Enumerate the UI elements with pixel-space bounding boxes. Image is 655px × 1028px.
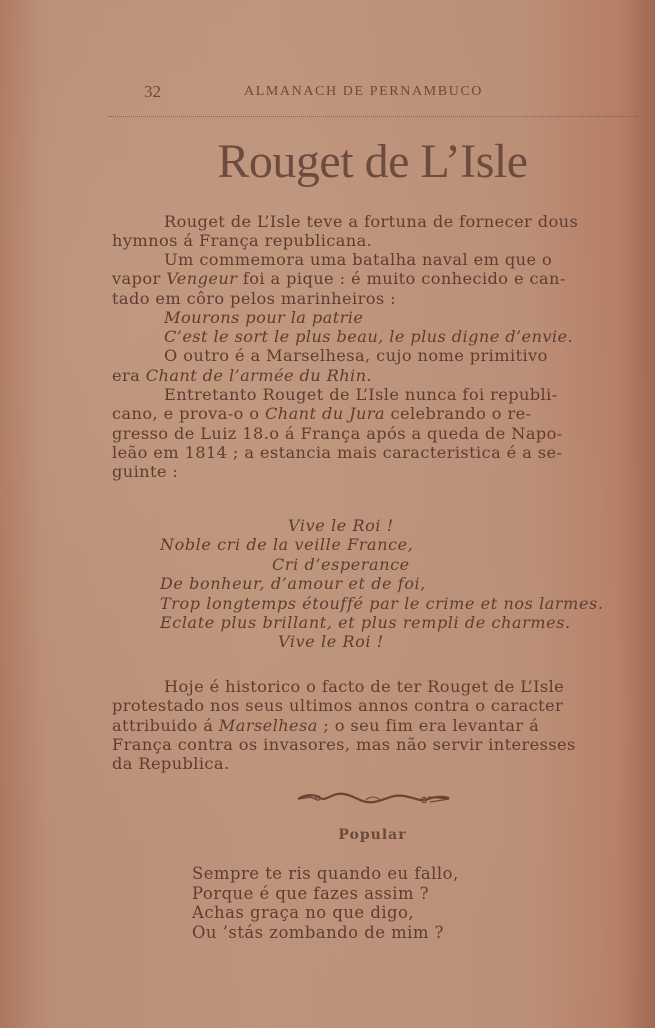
text-line: attribuido á Marselhesa ; o seu fim era … <box>112 716 640 735</box>
text-span: . <box>366 366 372 385</box>
text-line: da Republica. <box>112 754 640 773</box>
italic-song-title: Chant de l’armée du Rhin <box>146 366 367 385</box>
text-line: era Chant de l’armée du Rhin. <box>112 366 640 385</box>
paragraph-3: Entretanto Rouget de L’Isle nunca foi re… <box>112 385 640 481</box>
text-line: O outro é a Marselhesa, cujo nome primit… <box>112 346 640 365</box>
section-heading: Popular <box>0 827 655 843</box>
text-line: protestado nos seus ultimos annos contra… <box>112 696 640 715</box>
verse-line: Porque é que fazes assim ? <box>192 884 459 904</box>
verse-line: Ou ’stás zombando de mim ? <box>192 923 459 943</box>
text-line: Rouget de L’Isle teve a fortuna de forne… <box>112 212 640 231</box>
page-number: 32 <box>144 82 161 102</box>
ornamental-flourish-icon <box>296 788 451 810</box>
text-line: França contra os invasores, mas não serv… <box>112 735 640 754</box>
text-span: vapor <box>112 269 166 288</box>
text-line: tado em côro pelos marinheiros : <box>112 289 640 308</box>
text-line: Hoje é historico o facto de ter Rouget d… <box>112 677 640 696</box>
text-line: Entretanto Rouget de L’Isle nunca foi re… <box>112 385 640 404</box>
text-span: ; o seu fim era levantar á <box>318 716 539 735</box>
verse-line: Cri d’esperance <box>160 555 604 574</box>
scanned-page: 32 ALMANACH DE PERNAMBUCO Rouget de L’Is… <box>0 0 655 1028</box>
text-line: cano, e prova-o o Chant du Jura celebran… <box>112 404 640 423</box>
verse-line: Eclate plus brillant, et plus rempli de … <box>160 613 604 632</box>
text-line: gresso de Luiz 18.o á França após a qued… <box>112 424 640 443</box>
text-span: attribuido á <box>112 716 219 735</box>
italic-song-title: Marselhesa <box>219 716 318 735</box>
text-span: era <box>112 366 146 385</box>
verse-line: Sempre te ris quando eu fallo, <box>192 864 459 884</box>
text-span: celebrando o re- <box>385 404 531 423</box>
text-line: guinte : <box>112 462 640 481</box>
verse-line: De bonheur, d’amour et de foi, <box>160 574 604 593</box>
text-line: vapor Vengeur foi a pique : é muito conh… <box>112 269 640 288</box>
paragraph-4: Hoje é historico o facto de ter Rouget d… <box>112 677 640 773</box>
verse-line: Vive le Roi ! <box>160 516 604 535</box>
article-title: Rouget de L’Isle <box>0 134 655 189</box>
popular-verse: Sempre te ris quando eu fallo, Porque é … <box>192 864 459 942</box>
french-verse: Vive le Roi ! Noble cri de la veille Fra… <box>160 516 604 652</box>
italic-ship-name: Vengeur <box>166 269 237 288</box>
verse-line: Achas graça no que digo, <box>192 903 459 923</box>
paragraph-1: Rouget de L’Isle teve a fortuna de forne… <box>112 212 640 251</box>
verse-line: Noble cri de la veille France, <box>160 535 604 554</box>
text-line: hymnos á França republicana. <box>112 231 640 250</box>
quote-line: C’est le sort le plus beau, le plus dign… <box>112 327 640 346</box>
verse-line: Trop longtemps étouffé par le crime et n… <box>160 594 604 613</box>
journal-title: ALMANACH DE PERNAMBUCO <box>244 84 483 100</box>
text-line: leão em 1814 ; a estancia mais caracteri… <box>112 443 640 462</box>
text-line: Um commemora uma batalha naval em que o <box>112 250 640 269</box>
running-header: 32 ALMANACH DE PERNAMBUCO <box>144 82 624 104</box>
text-span: cano, e prova-o o <box>112 404 265 423</box>
text-span: foi a pique : é muito conhecido e can- <box>237 269 565 288</box>
quote-line: Mourons pour la patrie <box>112 308 640 327</box>
italic-song-title: Chant du Jura <box>265 404 385 423</box>
header-rule-divider <box>108 116 638 117</box>
verse-line: Vive le Roi ! <box>160 632 604 651</box>
paragraph-2: Um commemora uma batalha naval em que o … <box>112 250 640 385</box>
